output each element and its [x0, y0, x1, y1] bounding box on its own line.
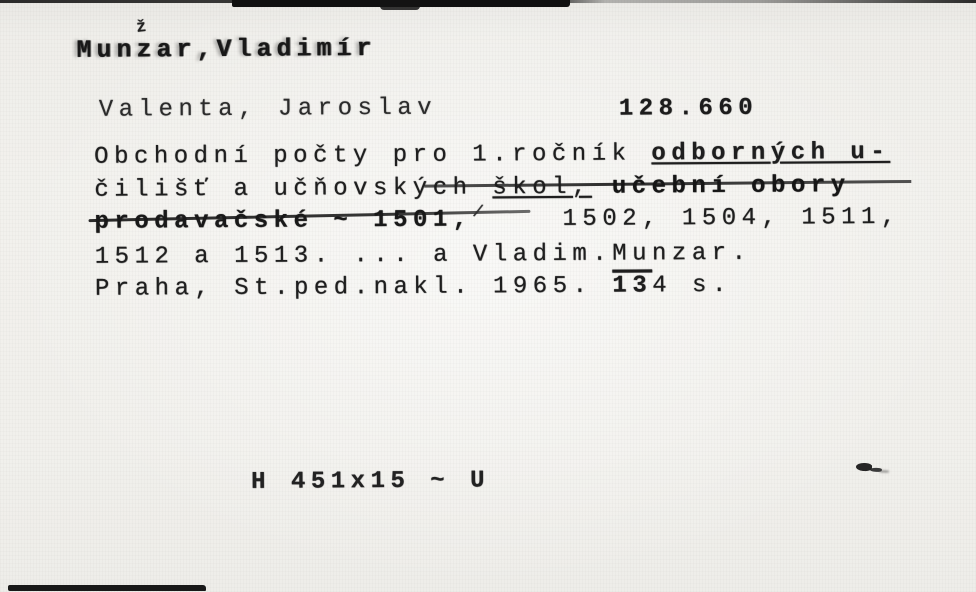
secondary-author: Valenta, Jaroslav — [99, 95, 438, 124]
title-line1-underlined: odborných u- — [651, 139, 890, 167]
title-line-3: prodavačské ~ 1501,/ 1502, 1504, 1511, — [94, 202, 901, 242]
title-line2-underlined: škol, — [492, 173, 592, 201]
title-line-4: 1512 a 1513. ... a Vladim.Munzar. — [95, 237, 901, 275]
imprint-prefix: Praha, St.ped.nakl. 1965. — [95, 273, 613, 303]
entry-row: Valenta, Jaroslav 128.660 — [0, 91, 975, 129]
handwritten-caron-mark: ž — [135, 18, 147, 38]
title-line1-plain: Obchodní počty pro 1.ročník — [94, 140, 651, 170]
title-block: Obchodní počty pro 1.ročník odborných u-… — [94, 137, 901, 307]
title-line2-emphasized: učební obory — [612, 172, 851, 200]
author-name: Munzar,Vladimír — [76, 34, 376, 65]
title-line3-struck: prodavačské ~ 1501, — [94, 207, 472, 236]
title-line2-plain: čilišť a učňovských — [94, 174, 492, 203]
imprint-pages-overlined: 13 — [612, 273, 652, 300]
title-line-2: čilišť a učňovských škol, učební obory — [94, 169, 900, 207]
title-line4-text: 1512 a 1513. ... a Vladim.Munzar. — [95, 240, 752, 271]
imprint-suffix: 4 s. — [652, 272, 732, 299]
imprint-line: Praha, St.ped.nakl. 1965. 134 s. — [95, 269, 901, 307]
title-line-1: Obchodní počty pro 1.ročník odborných u- — [94, 137, 900, 175]
author-heading: Munzar,Vladimír ž — [76, 34, 376, 65]
title-line2-space — [592, 173, 612, 200]
card-content: Munzar,Vladimír ž Valenta, Jaroslav 128.… — [0, 0, 976, 592]
shelf-code: H 451x15 ~ U — [251, 467, 490, 495]
call-number: 128.660 — [619, 95, 758, 123]
title-line3-rest: 1502, 1504, 1511, — [483, 204, 901, 234]
library-catalog-card-scan: Munzar,Vladimír ž Valenta, Jaroslav 128.… — [0, 0, 976, 592]
